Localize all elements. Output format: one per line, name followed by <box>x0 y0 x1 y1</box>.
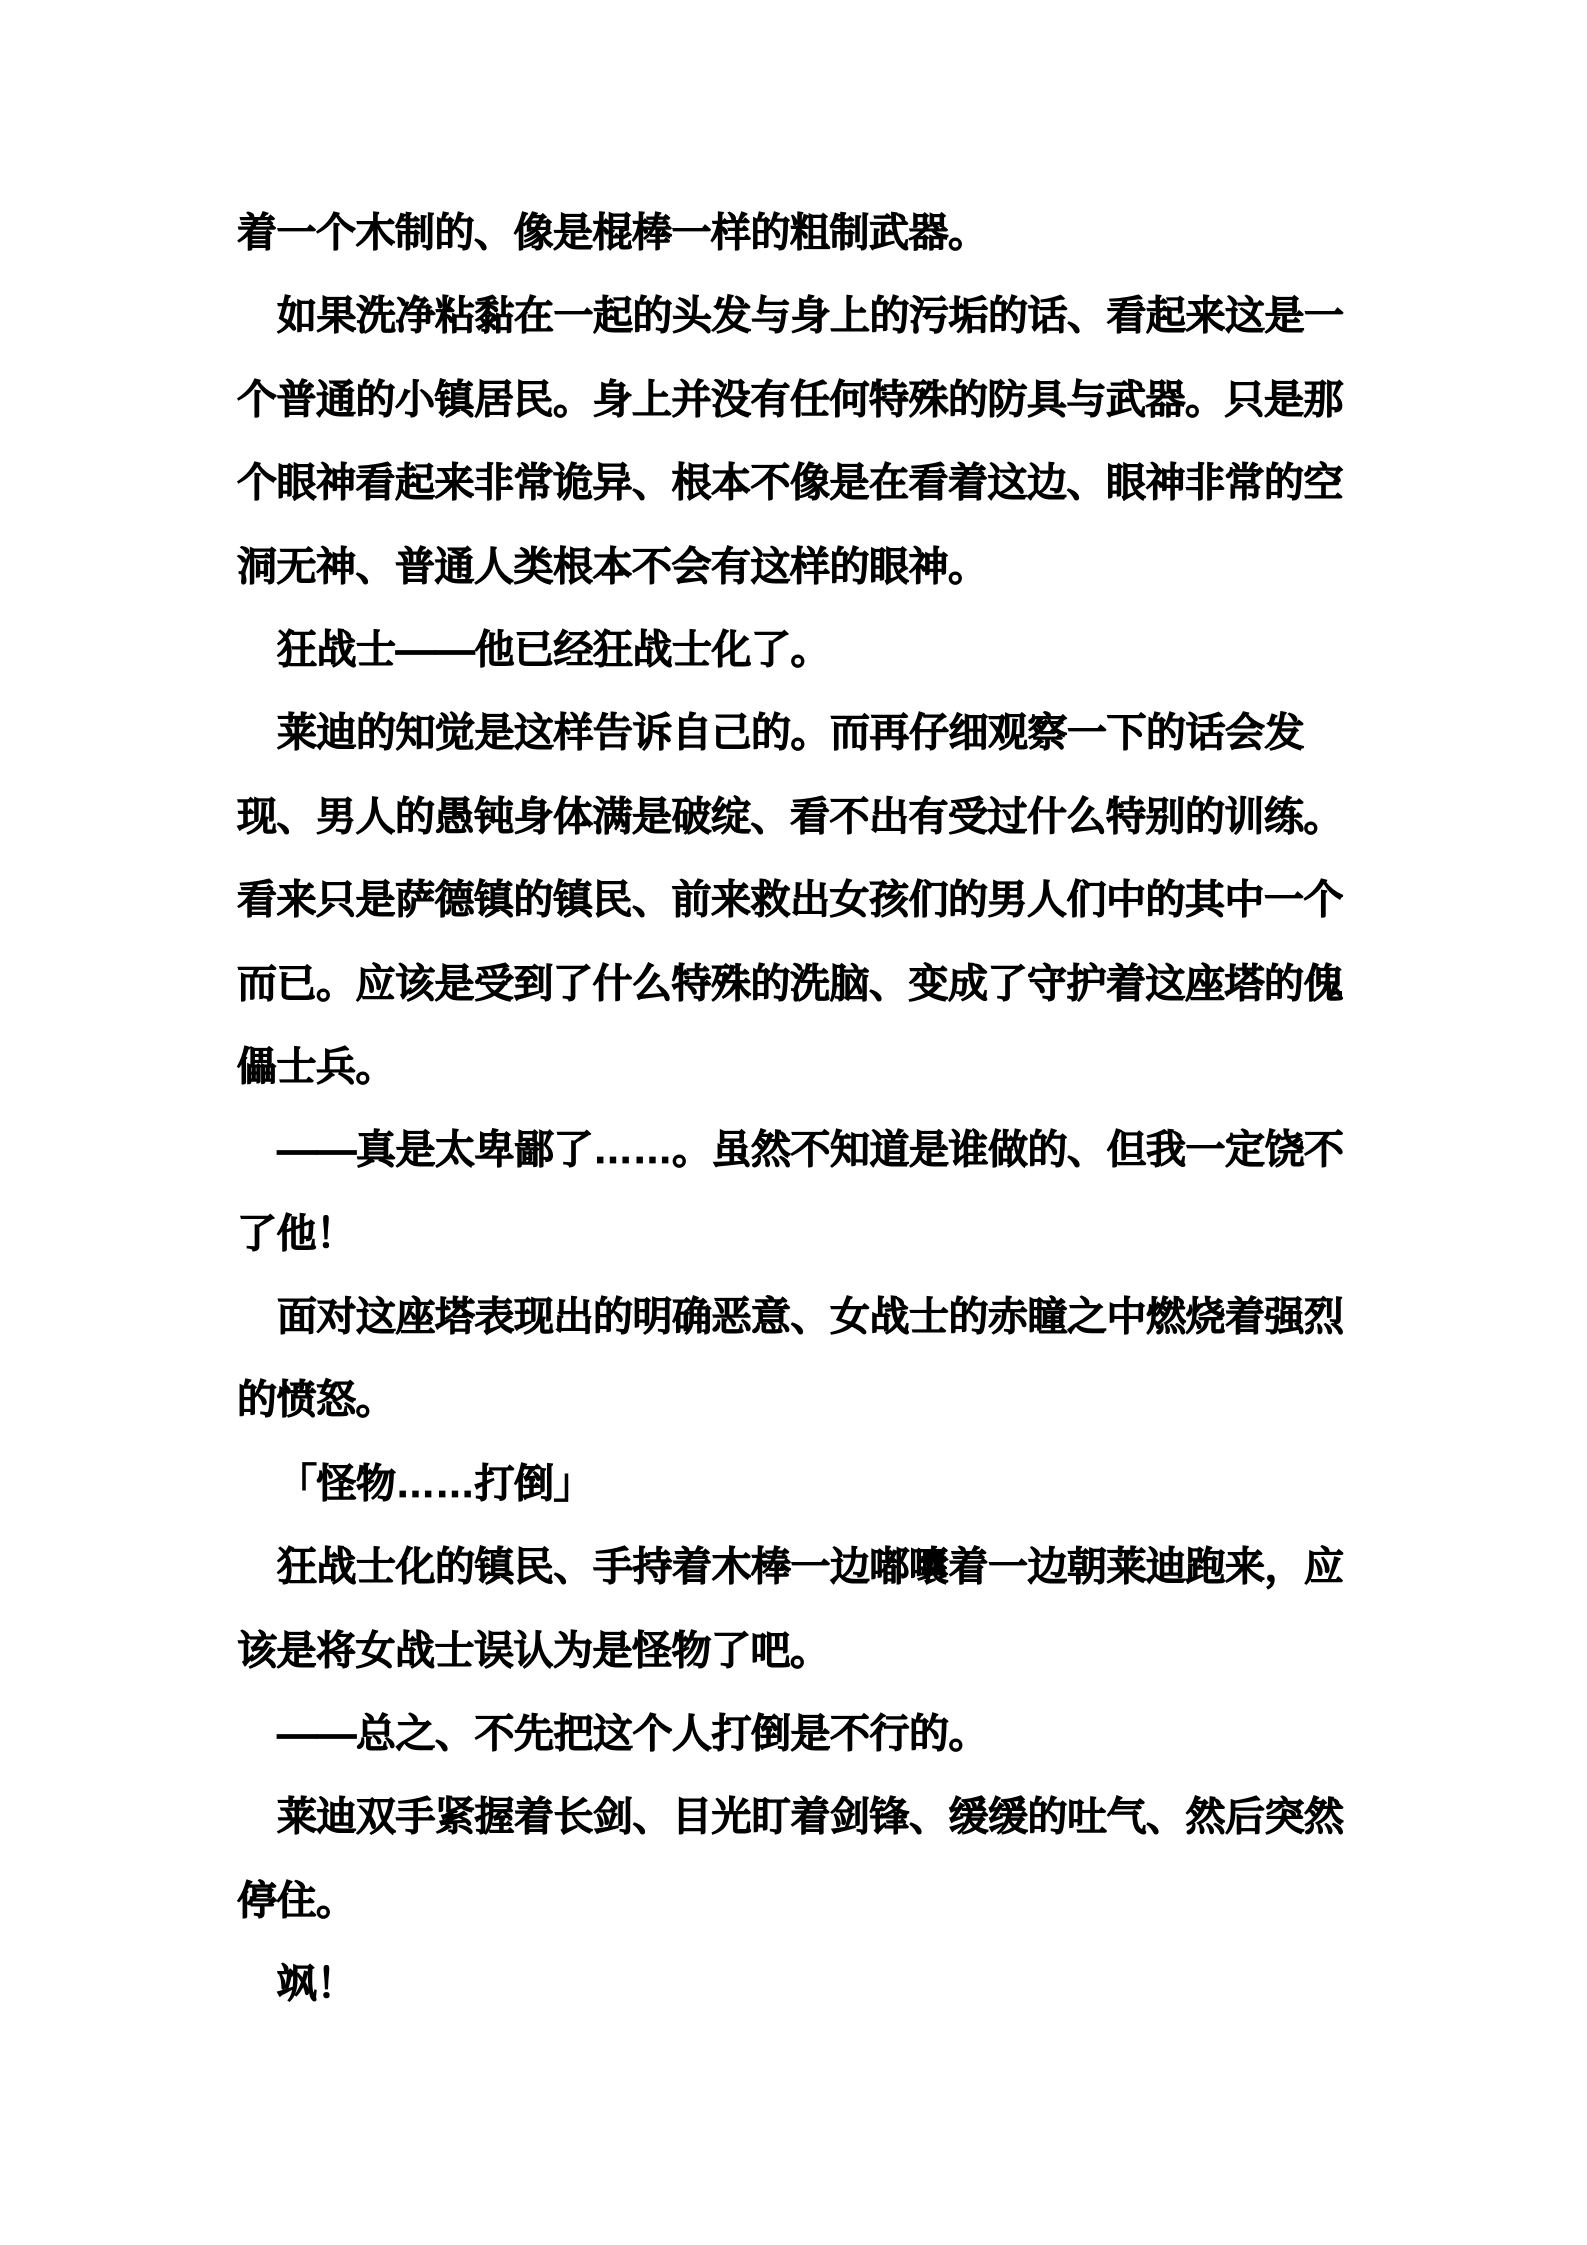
body-text: 着一个木制的、像是棍棒一样的粗制武器。如果洗净粘黏在一起的头发与身上的污垢的话、… <box>237 192 1497 2027</box>
text-line: 面对这座塔表现出的明确恶意、女战士的赤瞳之中燃烧着强烈 <box>237 1276 1497 1359</box>
text-line: 停住。 <box>237 1860 1497 1943</box>
text-line: 个普通的小镇居民。身上并没有任何特殊的防具与武器。只是那 <box>237 359 1497 442</box>
text-line: 飒！ <box>237 1943 1497 2026</box>
text-line: 儡士兵。 <box>237 1026 1497 1109</box>
text-line: 「怪物……打倒」 <box>237 1443 1497 1526</box>
text-line: 莱迪双手紧握着长剑、目光盯着剑锋、缓缓的吐气、然后突然 <box>237 1776 1497 1859</box>
text-line: 狂战士化的镇民、手持着木棒一边嘟囔着一边朝莱迪跑来，应 <box>237 1526 1497 1609</box>
text-line: 个眼神看起来非常诡异、根本不像是在看着这边、眼神非常的空 <box>237 442 1497 525</box>
document-page: 着一个木制的、像是棍棒一样的粗制武器。如果洗净粘黏在一起的头发与身上的污垢的话、… <box>0 0 1587 2245</box>
text-line: ——真是太卑鄙了……。虽然不知道是谁做的、但我一定饶不 <box>237 1109 1497 1192</box>
text-line: 而已。应该是受到了什么特殊的洗脑、变成了守护着这座塔的傀 <box>237 943 1497 1026</box>
text-line: ——总之、不先把这个人打倒是不行的。 <box>237 1693 1497 1776</box>
text-line: 着一个木制的、像是棍棒一样的粗制武器。 <box>237 192 1497 275</box>
text-line: 狂战士——他已经狂战士化了。 <box>237 609 1497 692</box>
text-line: 看来只是萨德镇的镇民、前来救出女孩们的男人们中的其中一个 <box>237 859 1497 942</box>
text-line: 如果洗净粘黏在一起的头发与身上的污垢的话、看起来这是一 <box>237 275 1497 358</box>
text-line: 现、男人的愚钝身体满是破绽、看不出有受过什么特别的训练。 <box>237 776 1497 859</box>
text-line: 了他！ <box>237 1193 1497 1276</box>
text-line: 的愤怒。 <box>237 1359 1497 1442</box>
text-line: 该是将女战士误认为是怪物了吧。 <box>237 1610 1497 1693</box>
text-line: 洞无神、普通人类根本不会有这样的眼神。 <box>237 526 1497 609</box>
text-line: 莱迪的知觉是这样告诉自己的。而再仔细观察一下的话会发 <box>237 692 1497 775</box>
